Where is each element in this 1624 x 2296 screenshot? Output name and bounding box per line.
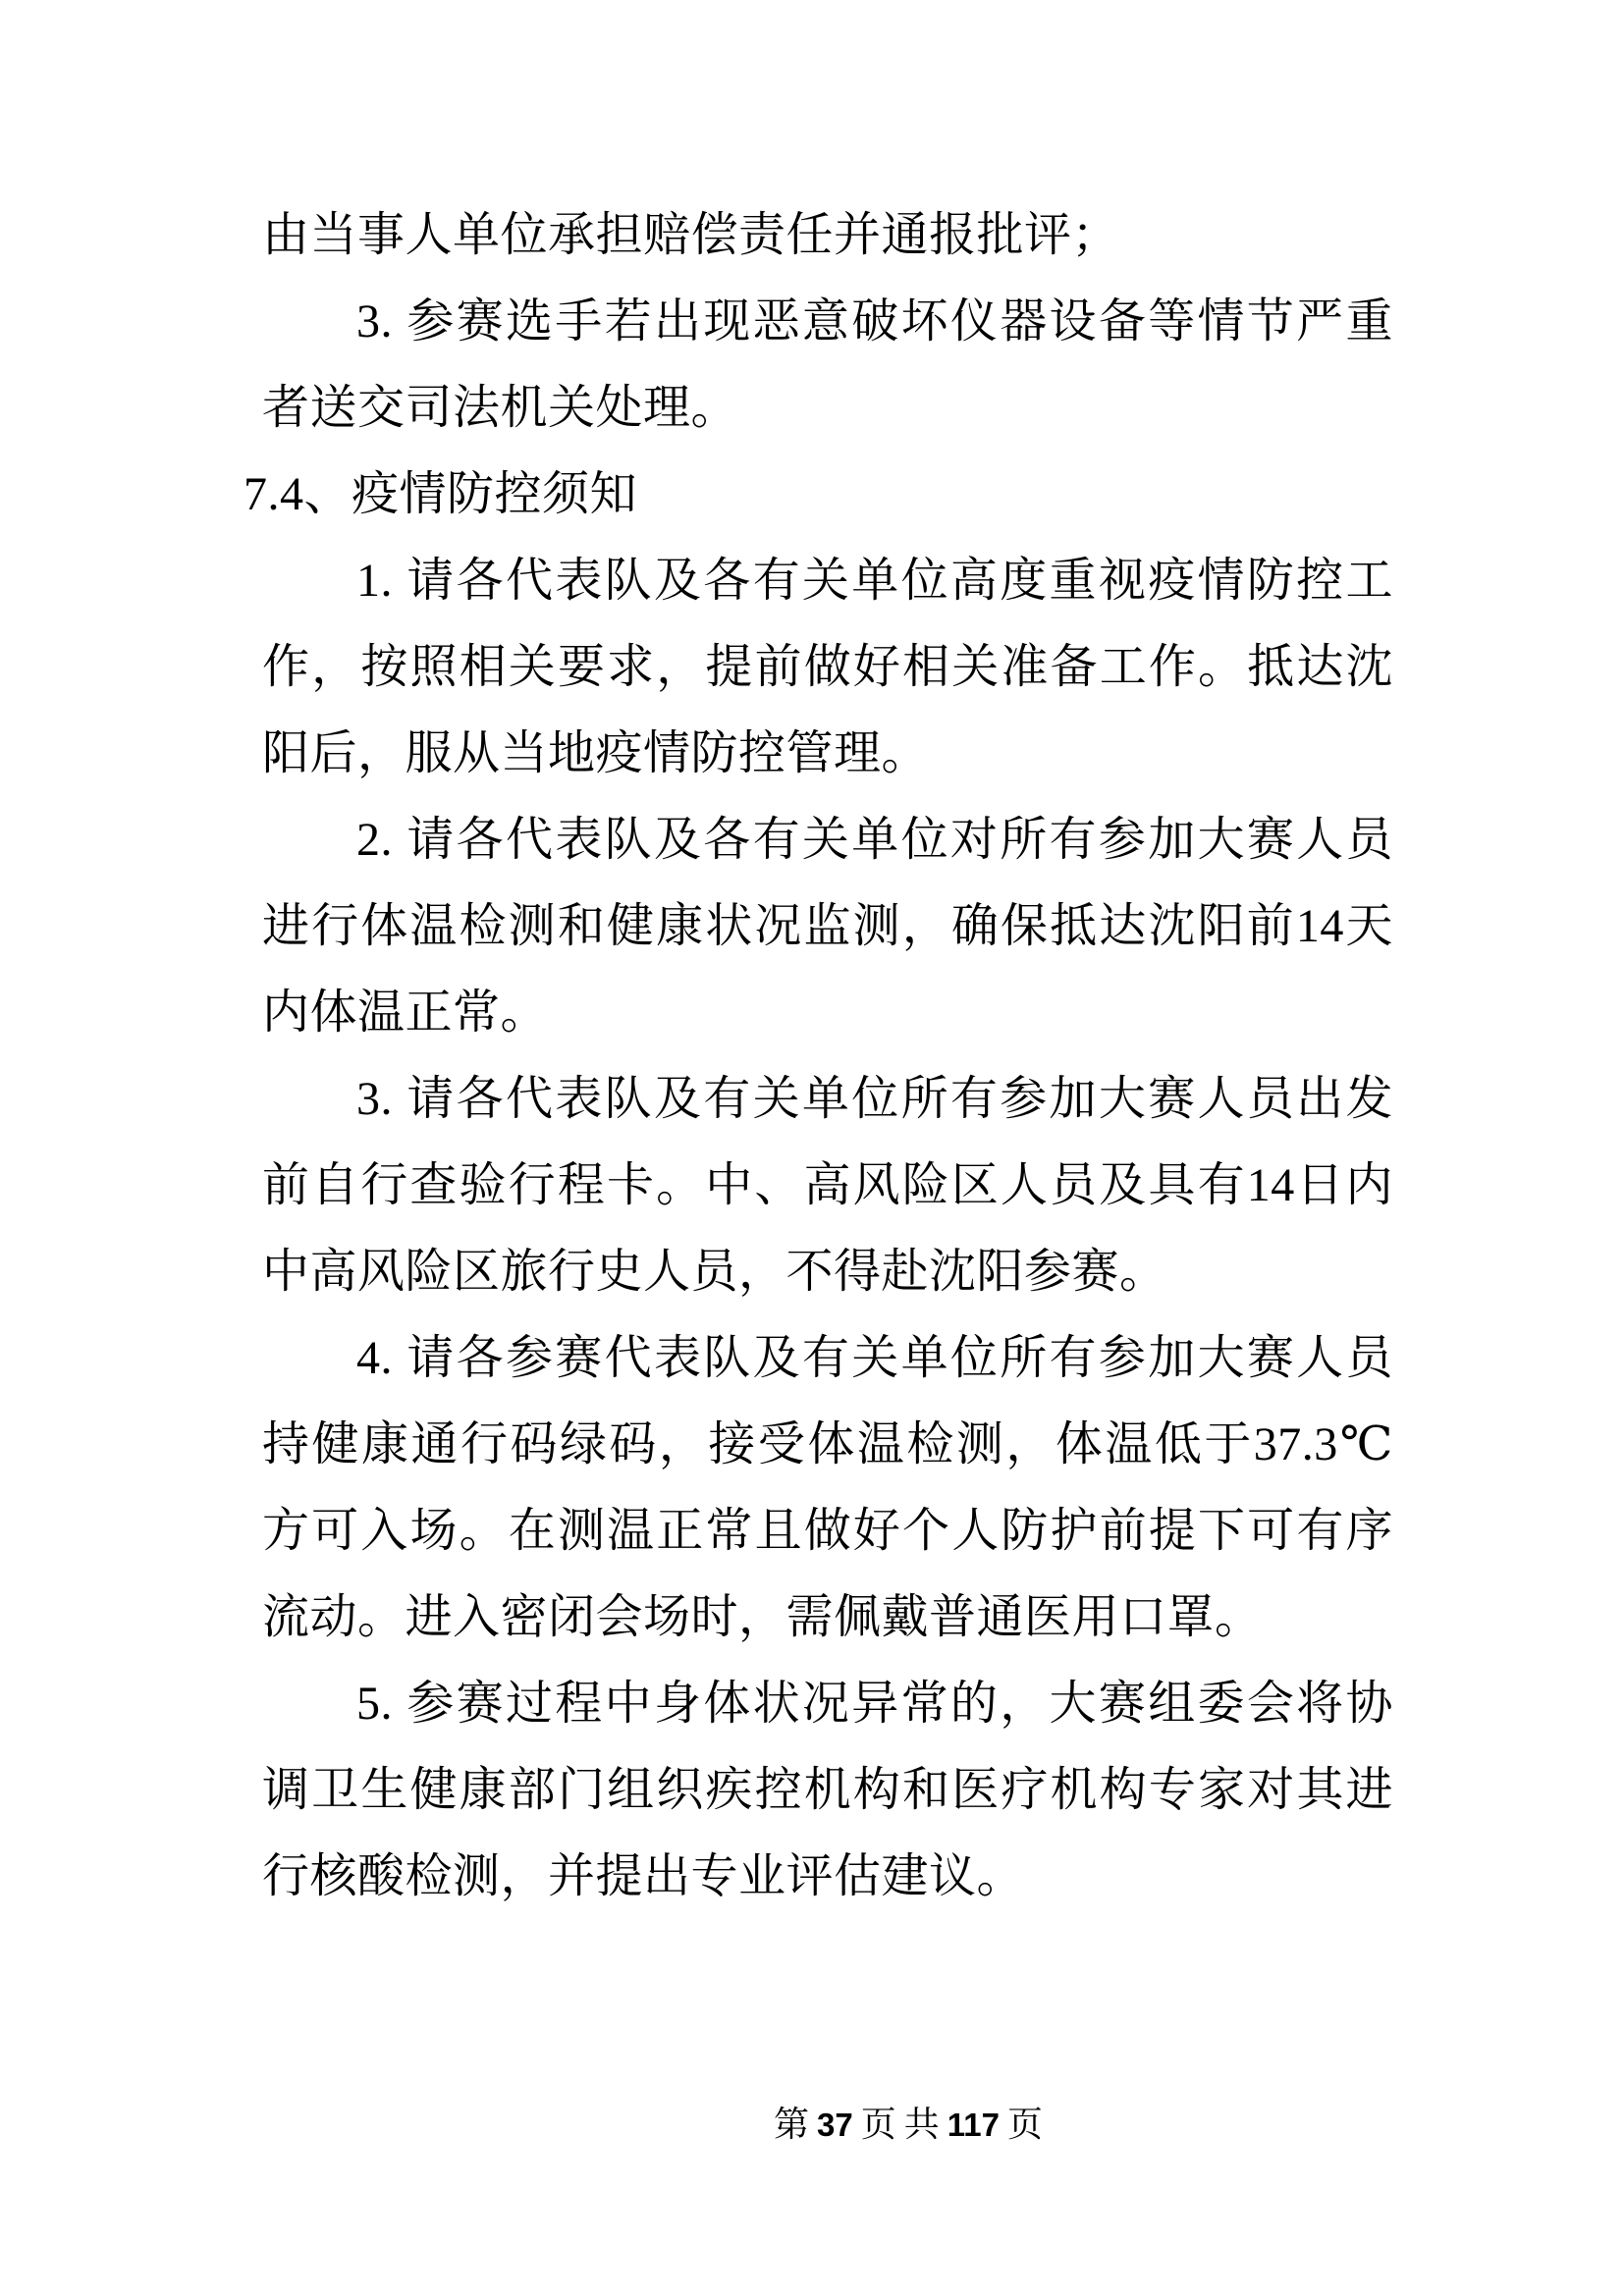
paragraph-item-1: 1. 请各代表队及各有关单位高度重视疫情防控工作，按照相关要求，提前做好相关准备… xyxy=(262,538,1393,797)
paragraph-item-3: 3. 请各代表队及有关单位所有参加大赛人员出发前自行查验行程卡。中、高风险区人员… xyxy=(262,1056,1393,1315)
paragraph-item-3-penalty: 3. 参赛选手若出现恶意破坏仪器设备等情节严重者送交司法机关处理。 xyxy=(262,279,1393,452)
total-page-number: 117 xyxy=(947,2104,1000,2147)
footer-label-page-2: 页 xyxy=(1007,2103,1043,2146)
page-footer: 第 37 页 共 117 页 xyxy=(774,2103,1043,2147)
footer-label-of: 共 xyxy=(904,2103,940,2146)
current-page-number: 37 xyxy=(817,2104,853,2147)
document-body: 由当事人单位承担赔偿责任并通报批评； 3. 参赛选手若出现恶意破坏仪器设备等情节… xyxy=(262,192,1393,1920)
footer-label-prefix: 第 xyxy=(774,2103,809,2146)
section-heading: 7.4、疫情防控须知 xyxy=(244,452,1393,538)
paragraph-continuation: 由当事人单位承担赔偿责任并通报批评； xyxy=(262,192,1393,279)
paragraph-item-2: 2. 请各代表队及各有关单位对所有参加大赛人员进行体温检测和健康状况监测，确保抵… xyxy=(262,797,1393,1056)
document-page: 由当事人单位承担赔偿责任并通报批评； 3. 参赛选手若出现恶意破坏仪器设备等情节… xyxy=(0,0,1624,2296)
paragraph-item-5: 5. 参赛过程中身体状况异常的，大赛组委会将协调卫生健康部门组织疾控机构和医疗机… xyxy=(262,1661,1393,1920)
footer-label-page: 页 xyxy=(861,2103,896,2146)
paragraph-item-4: 4. 请各参赛代表队及有关单位所有参加大赛人员持健康通行码绿码，接受体温检测，体… xyxy=(262,1315,1393,1661)
